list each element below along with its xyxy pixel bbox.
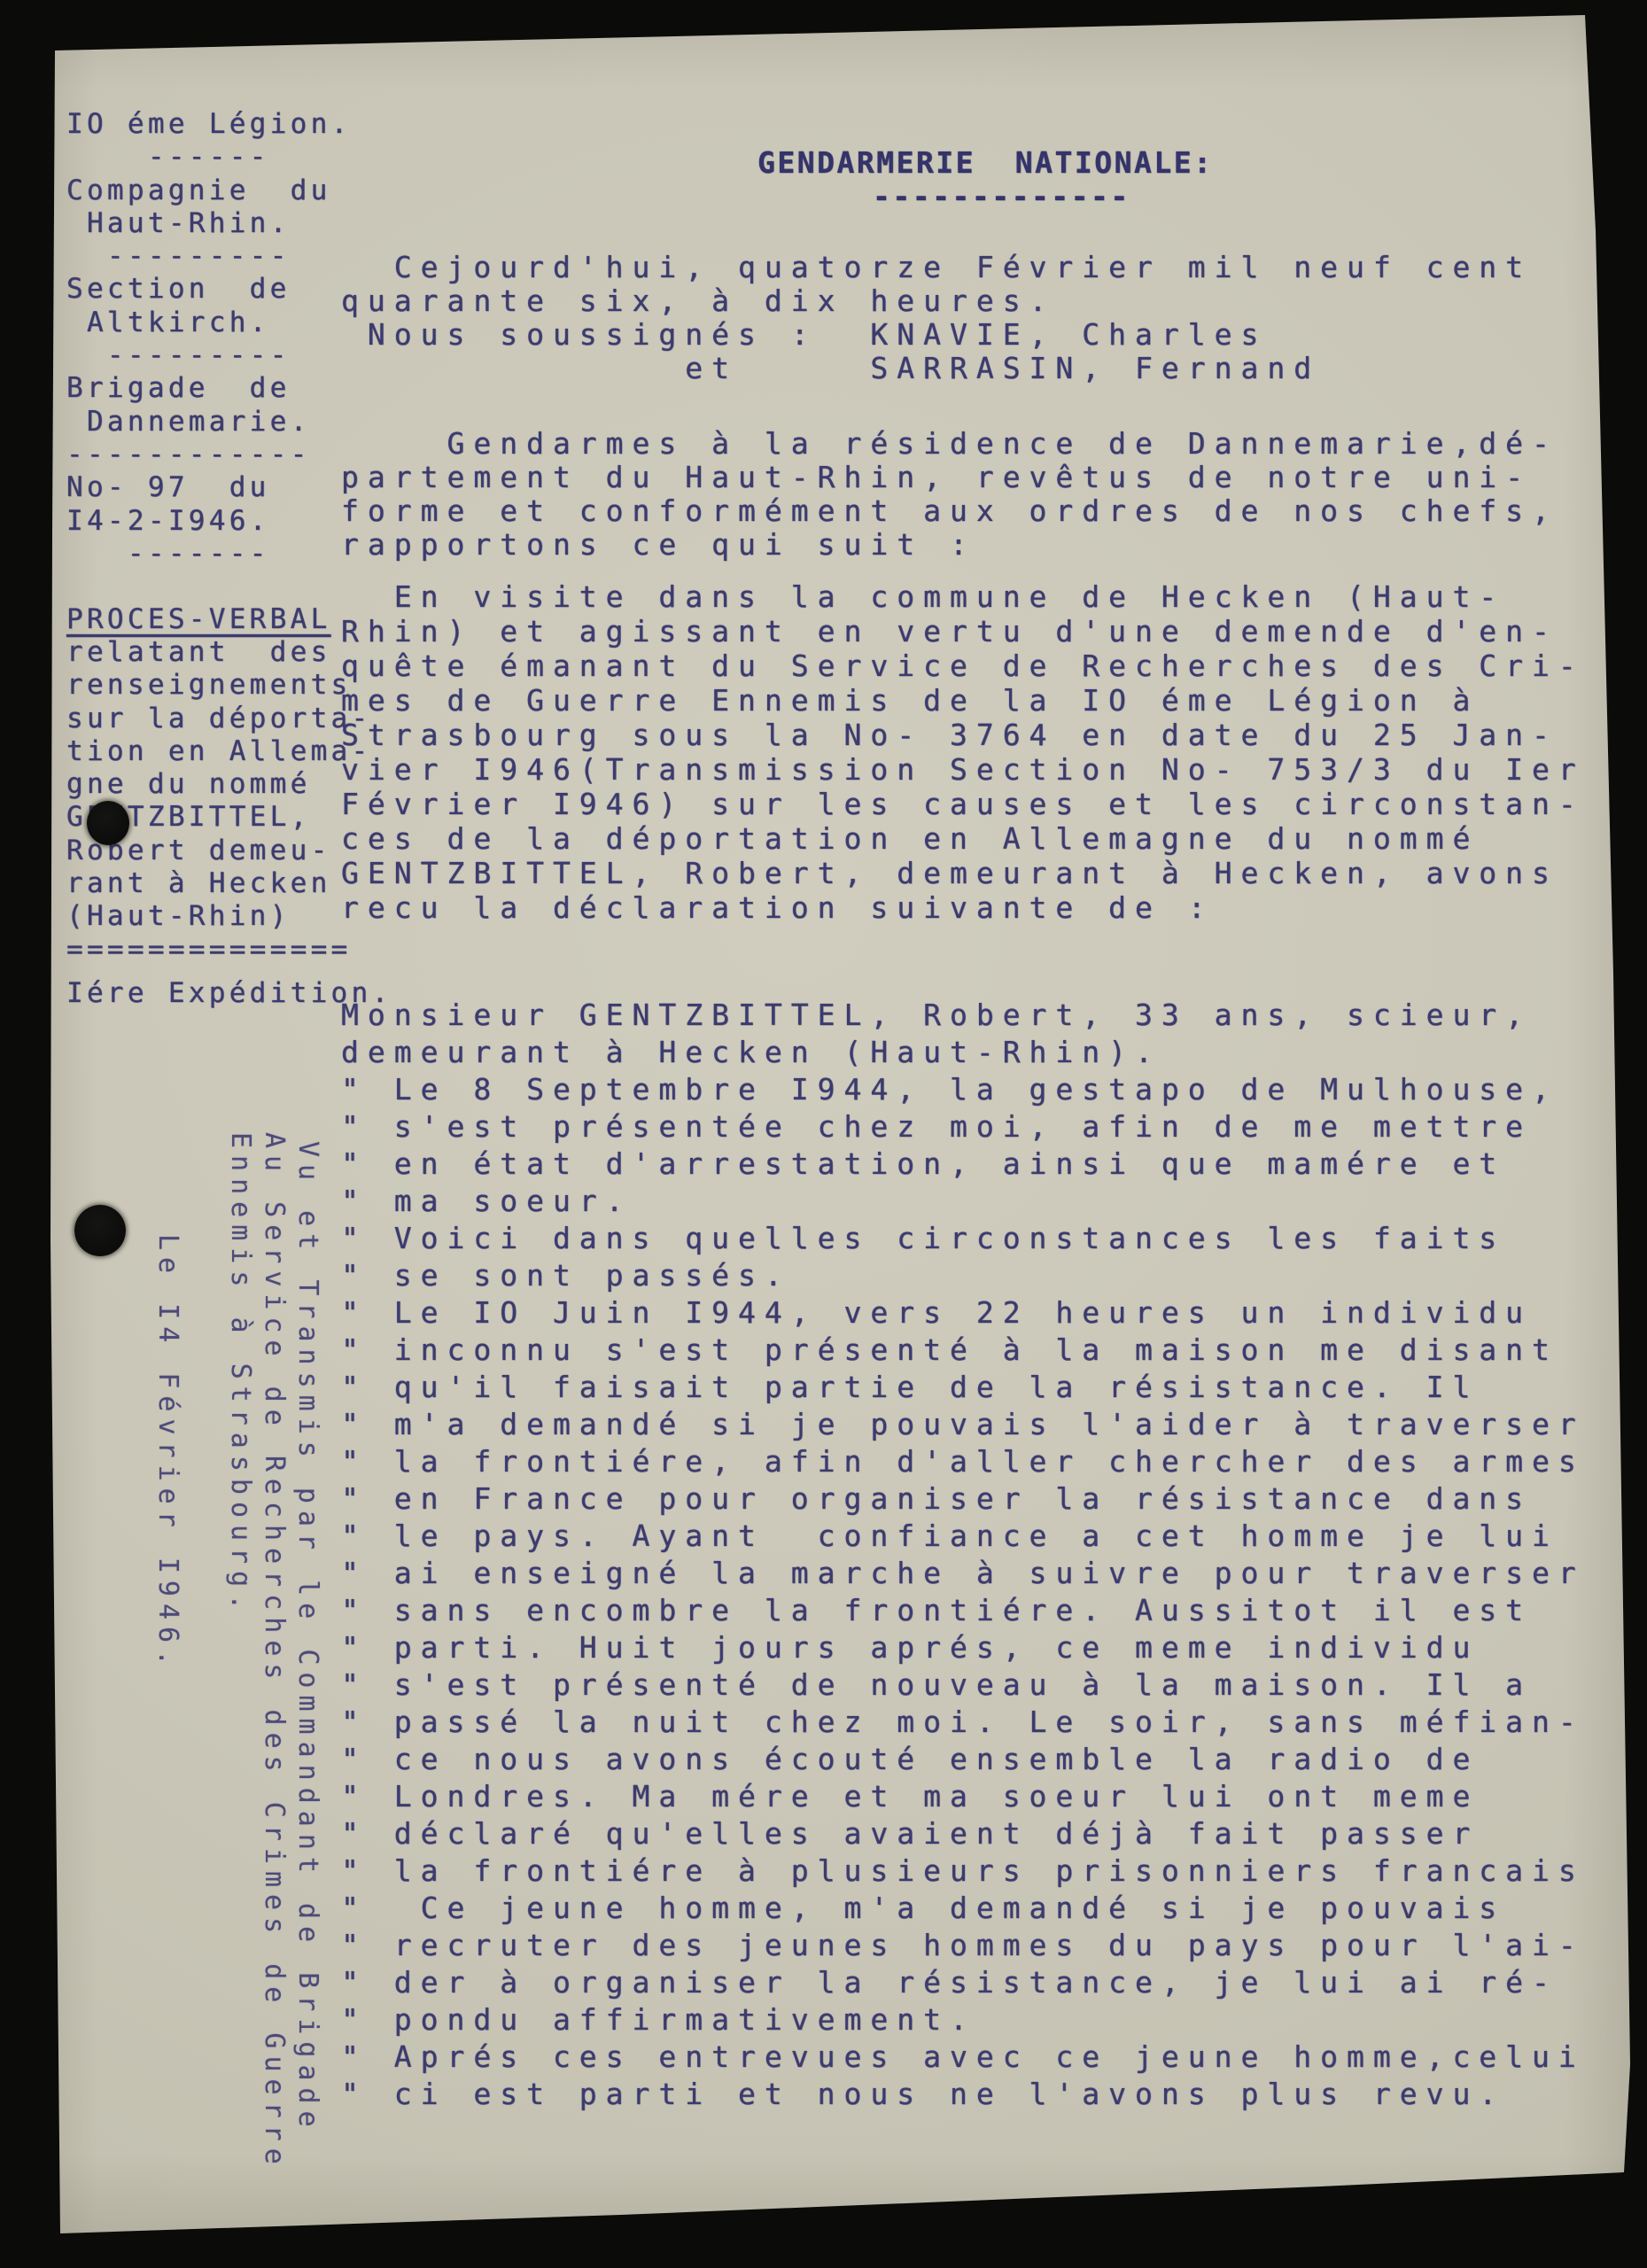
paragraph-opening: Cejourd'hui, quatorze Février mil neuf c… [341,251,1532,385]
paragraph-gendarmes: Gendarmes à la résidence de Dannemarie,d… [341,427,1558,562]
margin-note-service-line1: Au Service de Recherches des Crimes de G… [259,1132,290,2171]
page-title-underline: ------------- [873,180,1130,214]
margin-note-transmission: Vu et Transmis par le Commandant de Brig… [291,1141,324,2134]
proces-verbal-title: PROCES-VERBAL [66,603,331,636]
header-left-column: IO éme Légion. ------ Compagnie du Haut-… [66,108,352,571]
paragraph-declaration: Monsieur GENTZBITTEL, Robert, 33 ans, sc… [341,997,1585,2113]
margin-note-service: Au Service de Recherches des Crimes de G… [223,1132,291,2171]
paragraph-visite: En visite dans la commune de Hecken (Hau… [341,579,1585,925]
margin-note-date: Le I4 Février I946. [151,1234,184,1673]
punch-hole-bottom [74,1205,126,1256]
punch-hole-top [87,801,129,845]
scanned-document-page: IO éme Légion. ------ Compagnie du Haut-… [0,0,1647,2268]
margin-note-service-line2: Ennemis à Strasbourg. [225,1132,256,1617]
page-title: GENDARMERIE NATIONALE: [757,146,1213,180]
